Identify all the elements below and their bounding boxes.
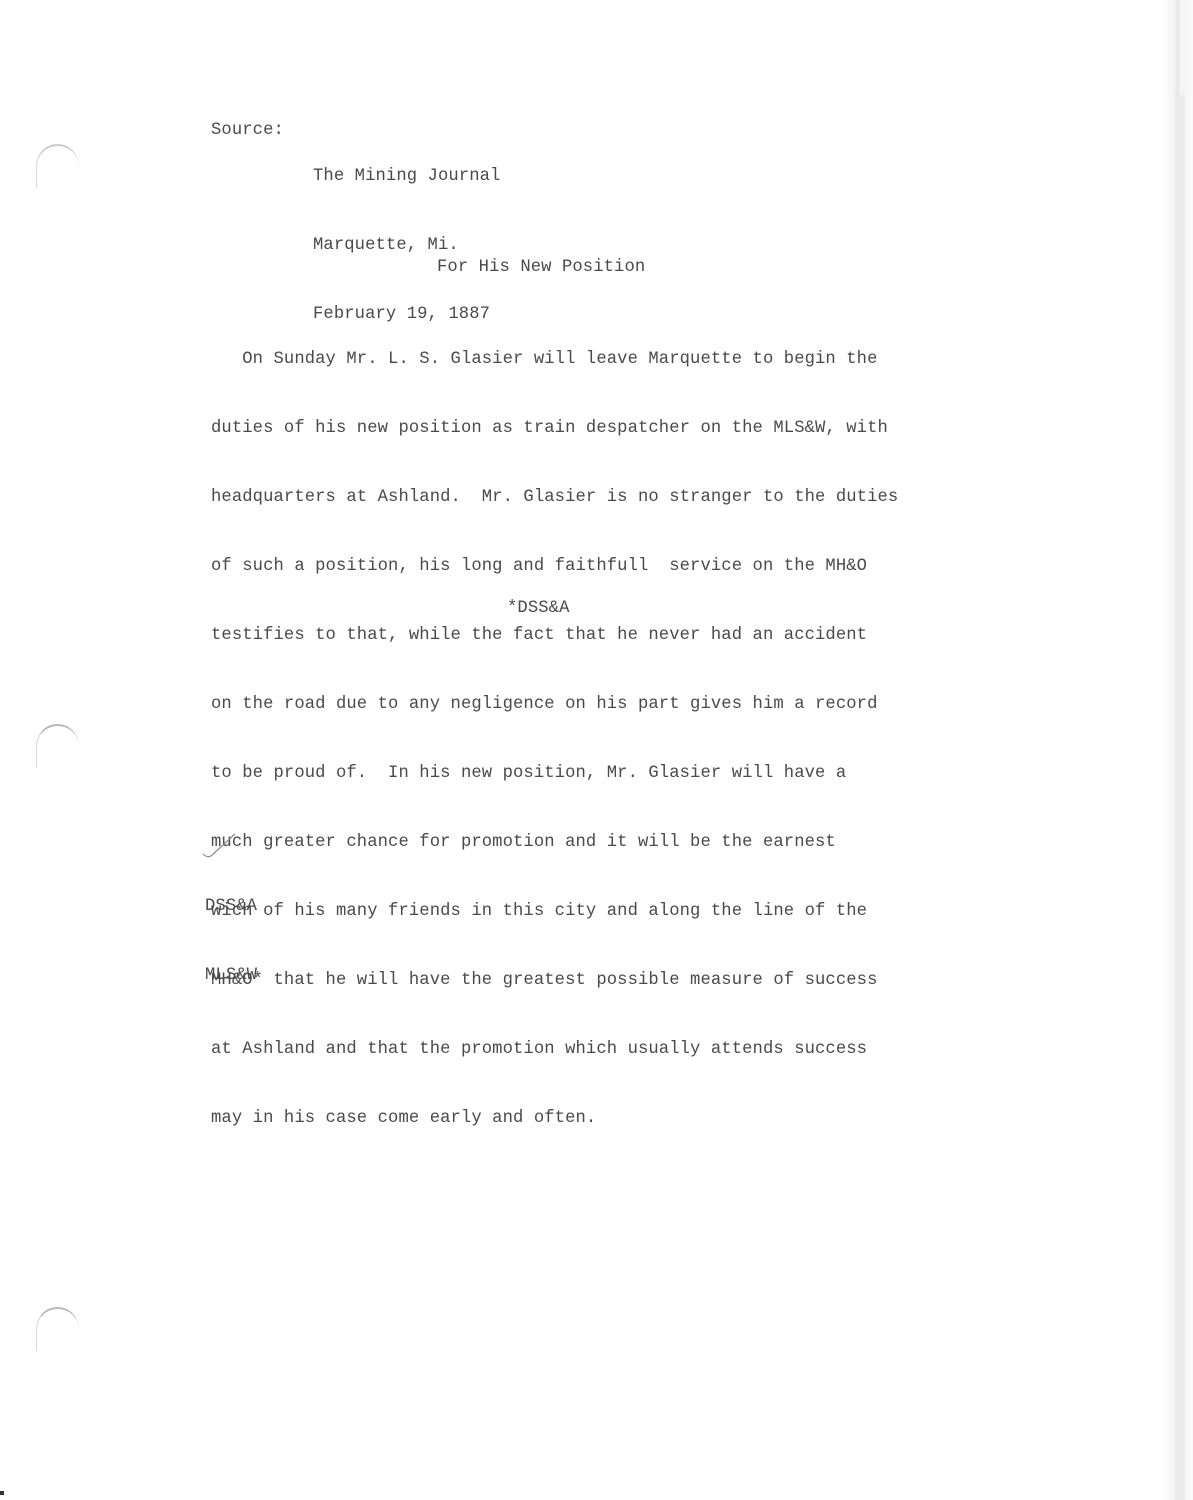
body-line: on the road due to any negligence on his…	[211, 693, 898, 716]
body-line: to be proud of. In his new position, Mr.…	[211, 762, 898, 785]
body-line: much greater chance for promotion and it…	[211, 831, 898, 854]
tag-mlsw: MLS&W	[205, 964, 257, 987]
body-line: MH&O* that he will have the greatest pos…	[211, 969, 898, 992]
source-publication: The Mining Journal	[313, 165, 500, 188]
railroad-tags: DSS&A MLS&W	[205, 849, 257, 1010]
page-edge-shadow	[1175, 95, 1185, 1500]
scan-mark	[0, 1491, 4, 1495]
body-line: wich of his many friends in this city an…	[211, 900, 898, 923]
footnote: *DSS&A	[507, 597, 570, 620]
source-block: Source: The Mining Journal Marquette, Mi…	[211, 119, 232, 188]
body-line: headquarters at Ashland. Mr. Glasier is …	[211, 486, 898, 509]
body-line: of such a position, his long and faithfu…	[211, 555, 898, 578]
body-line: at Ashland and that the promotion which …	[211, 1038, 898, 1061]
tag-dssa: DSS&A	[205, 895, 257, 918]
source-location: Marquette, Mi.	[313, 234, 500, 257]
body-line: may in his case come early and often.	[211, 1107, 898, 1130]
binder-hole-top	[36, 144, 79, 188]
article-body: On Sunday Mr. L. S. Glasier will leave M…	[211, 302, 898, 1153]
binder-hole-middle	[36, 724, 79, 768]
body-line: On Sunday Mr. L. S. Glasier will leave M…	[211, 348, 898, 371]
source-label: Source:	[211, 119, 284, 142]
body-line: duties of his new position as train desp…	[211, 417, 898, 440]
binder-hole-bottom	[36, 1307, 79, 1351]
body-line: testifies to that, while the fact that h…	[211, 624, 898, 647]
article-headline: For His New Position	[437, 256, 645, 279]
